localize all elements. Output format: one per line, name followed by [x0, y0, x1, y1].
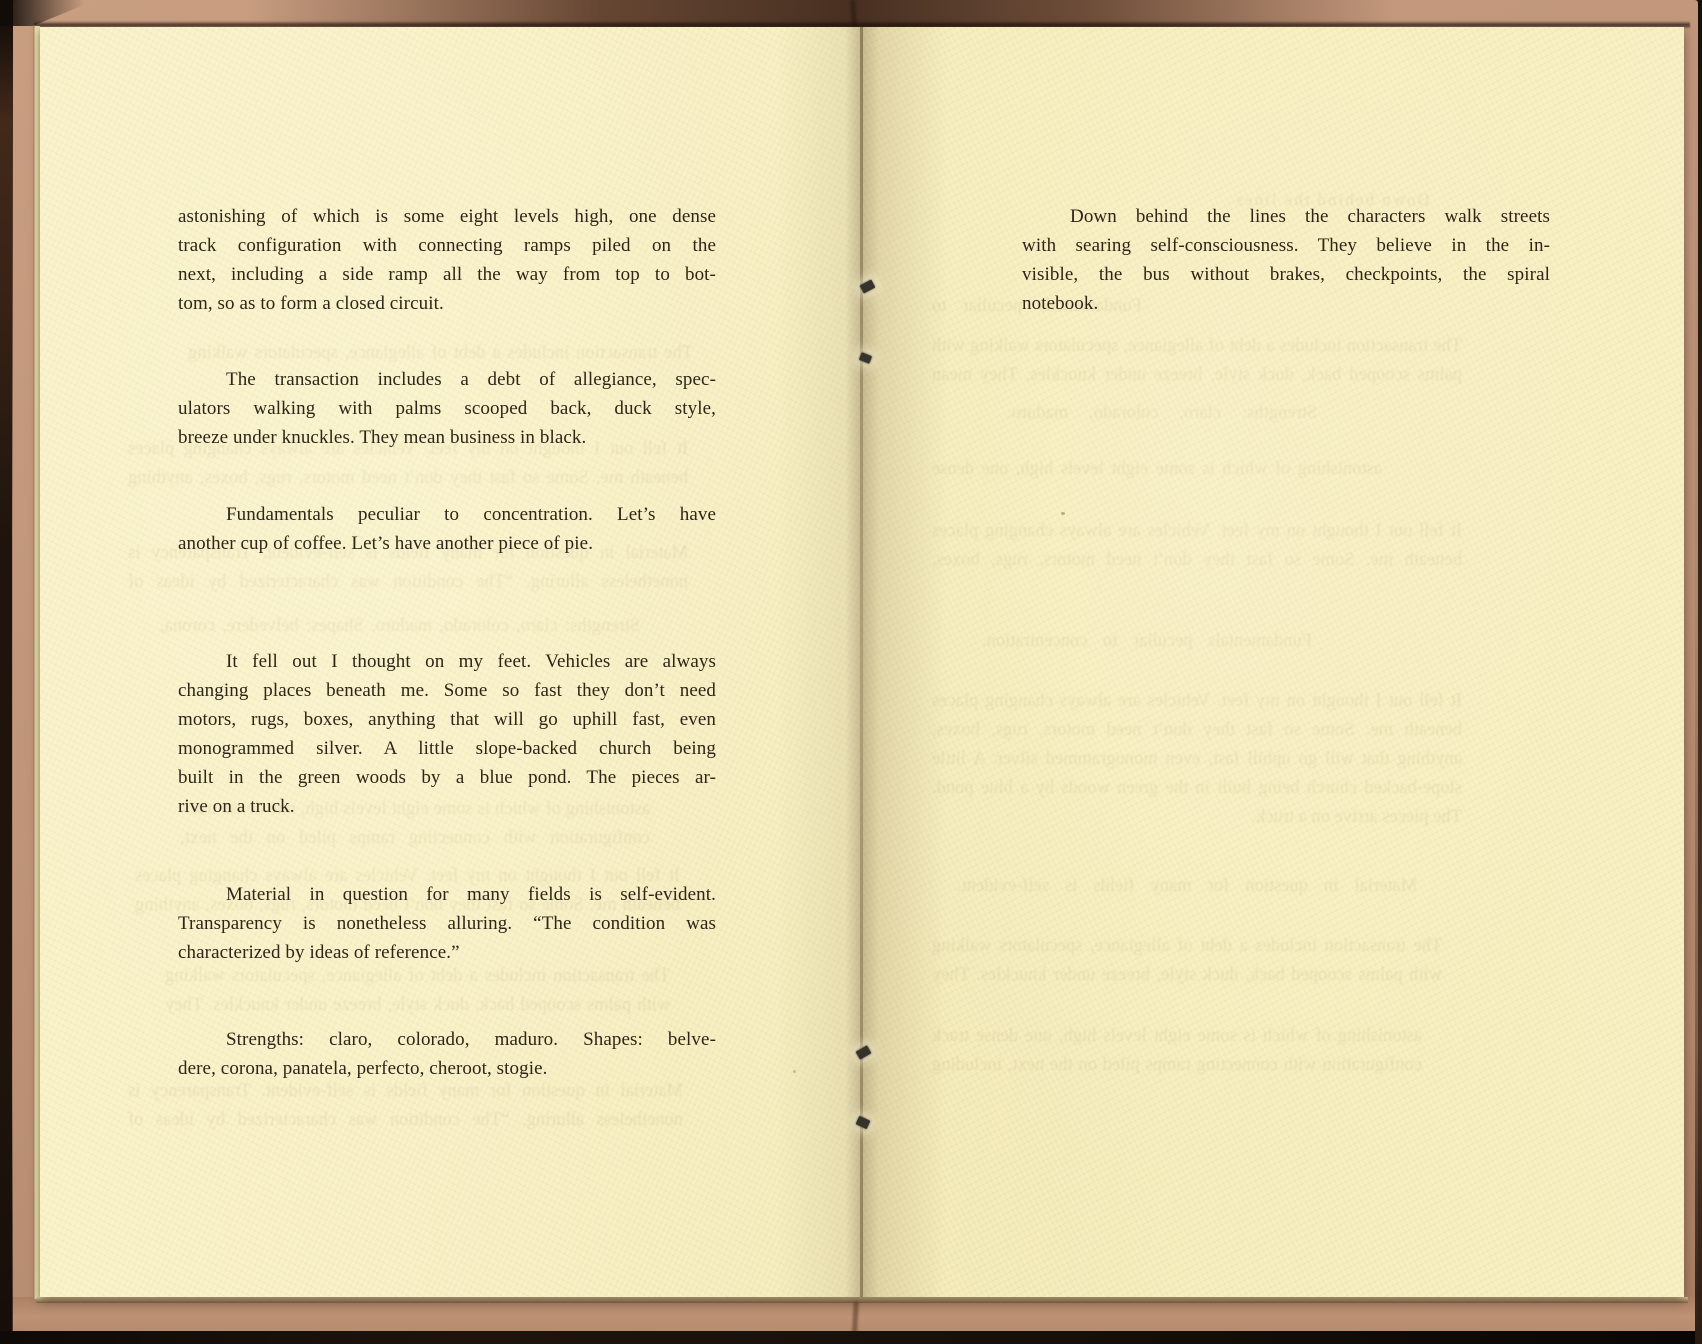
text-line: characterized by ideas of reference.”: [178, 938, 716, 967]
text-line: tom, so as to form a closed circuit.: [178, 289, 716, 318]
text-line: astonishing of which is some eight level…: [178, 202, 716, 231]
text-line: track configuration with connecting ramp…: [178, 231, 716, 260]
text-line: breeze under knuckles. They mean busines…: [178, 423, 716, 452]
left-page-text: astonishing of which is some eight level…: [40, 27, 716, 1083]
text-line: Down behind the lines the characters wal…: [1022, 202, 1550, 231]
paragraph: Material in question for many fields is …: [178, 880, 716, 967]
paragraph: Strengths: claro, colorado, maduro. Shap…: [178, 1025, 716, 1083]
showthrough-text: Material in question for many fields is …: [128, 1077, 683, 1135]
paragraph: Down behind the lines the characters wal…: [1022, 202, 1550, 318]
text-line: another cup of coffee. Let’s have anothe…: [178, 529, 716, 558]
page-stack-fore-edge-bottom: [36, 1297, 1688, 1303]
showthrough-text: Fundamentals peculiar to concentration. …: [982, 627, 1312, 656]
showthrough-text: astonishing of which is some eight level…: [932, 455, 1382, 484]
left-page: The transaction includes a debt of alleg…: [40, 27, 862, 1297]
showthrough-text: Strengths: claro, colorado, maduro. Shap…: [1007, 399, 1317, 428]
text-line: Material in question for many fields is …: [178, 880, 716, 909]
text-line: notebook.: [1022, 289, 1550, 318]
showthrough-text: astonishing of which is some eight level…: [932, 1022, 1422, 1080]
paragraph: It fell out I thought on my feet. Vehicl…: [178, 647, 716, 821]
dust-speck: [793, 1070, 796, 1073]
text-line: ulators walking with palms scooped back,…: [178, 394, 716, 423]
scan-background-right: [1695, 0, 1702, 1344]
page-stack-fore-edge-left: [33, 26, 40, 1299]
showthrough-text: It fell out I thought on my feet. Vehicl…: [932, 687, 1462, 832]
dust-speck: [1061, 512, 1065, 515]
text-line: built in the green woods by a blue pond.…: [178, 763, 716, 792]
text-line: Strengths: claro, colorado, maduro. Shap…: [178, 1025, 716, 1054]
scan-background-bottom: [0, 1331, 1702, 1344]
text-line: monogrammed silver. A little slope-backe…: [178, 734, 716, 763]
text-line: Transparency is nonetheless alluring. “T…: [178, 909, 716, 938]
text-line: Fundamentals peculiar to concentration. …: [178, 500, 716, 529]
text-line: motors, rugs, boxes, anything that will …: [178, 705, 716, 734]
paragraph: astonishing of which is some eight level…: [178, 202, 716, 318]
text-line: rive on a truck.: [178, 792, 716, 821]
showthrough-text: The transaction includes a debt of alleg…: [932, 932, 1442, 990]
page-stack-fore-edge-right: [1684, 26, 1693, 1299]
text-line: It fell out I thought on my feet. Vehicl…: [178, 647, 716, 676]
open-pages: The transaction includes a debt of alleg…: [40, 27, 1684, 1297]
right-page: Down behind the lines the characters wal…: [862, 27, 1684, 1297]
scan-background-left: [0, 0, 13, 1344]
text-line: The transaction includes a debt of alleg…: [178, 365, 716, 394]
paragraph: Fundamentals peculiar to concentration. …: [178, 500, 716, 558]
book-scan: The transaction includes a debt of alleg…: [0, 0, 1702, 1344]
showthrough-text: Material in question for many fields is …: [957, 872, 1417, 901]
right-page-text: Down behind the lines the characters wal…: [862, 27, 1550, 318]
paragraph: The transaction includes a debt of alleg…: [178, 365, 716, 452]
text-line: changing places beneath me. Some so fast…: [178, 676, 716, 705]
showthrough-text: The transaction includes a debt of alleg…: [932, 332, 1462, 390]
text-line: dere, corona, panatela, perfecto, cheroo…: [178, 1054, 716, 1083]
text-line: with searing self-consciousness. They be…: [1022, 231, 1550, 260]
showthrough-text: It fell out I thought on my feet. Vehicl…: [932, 517, 1462, 575]
text-line: next, including a side ramp all the way …: [178, 260, 716, 289]
text-line: visible, the bus without brakes, checkpo…: [1022, 260, 1550, 289]
